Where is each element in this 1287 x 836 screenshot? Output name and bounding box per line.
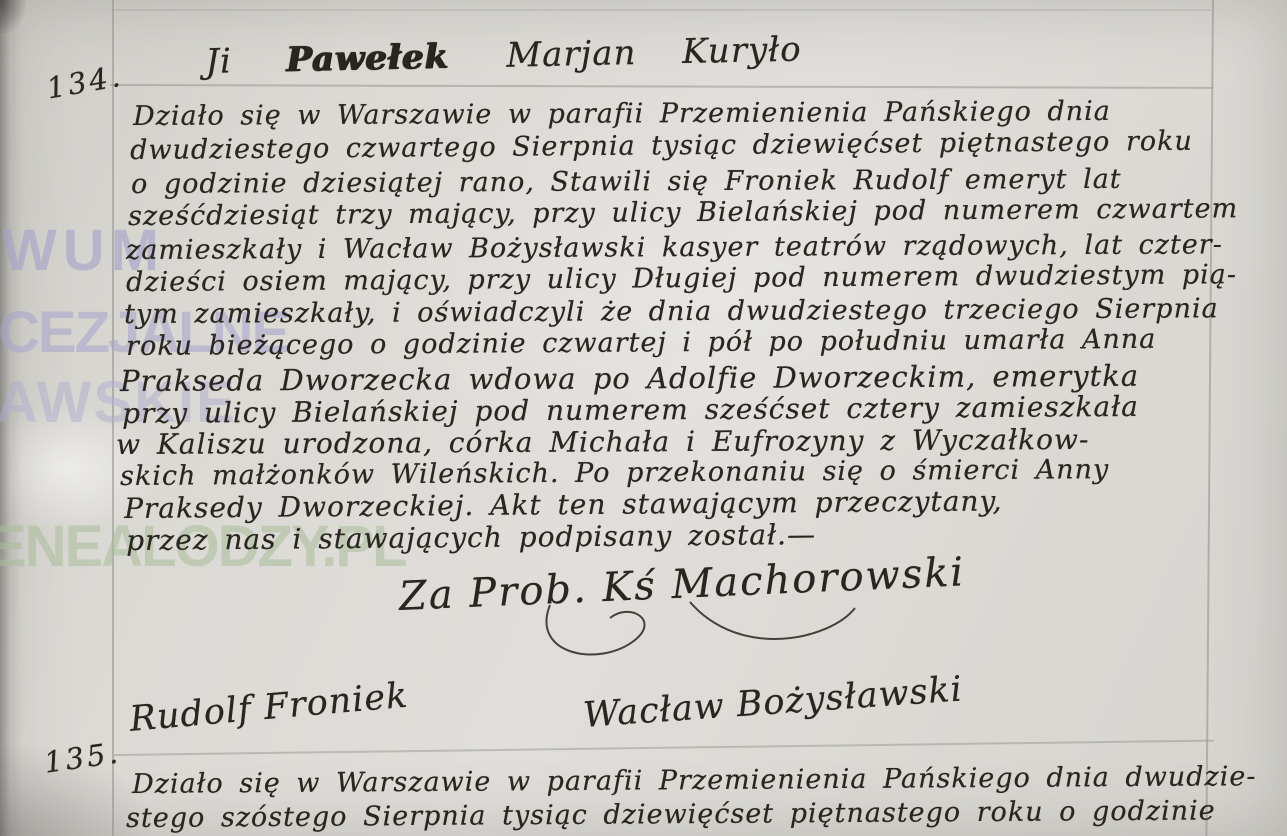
header-middle-name: Marjan <box>506 33 637 76</box>
record-134-line: Praksedy Dworzeckiej. Akt ten stawającym… <box>124 486 1003 524</box>
register-page-scan: WUM CEZJALNE AWSKIE ENEALODZY.PL 134. Ji… <box>0 0 1287 836</box>
record-135-line: Działo się w Warszawie w parafii Przemie… <box>132 762 1257 800</box>
record-135-line: stego szóstego Sierpnia tysiąc dziewięćs… <box>126 796 1216 834</box>
corner-shadow-top-left <box>0 0 26 34</box>
witness-signature-bozyslawski: Wacław Bożysławski <box>582 669 964 735</box>
witness-signature-froniek: Rudolf Froniek <box>128 676 410 740</box>
header-prefix: Ji <box>205 41 232 82</box>
header-given-name: Pawełek <box>285 37 449 80</box>
record-134-line: dzieści osiem mający, przy ulicy Długiej… <box>126 260 1237 298</box>
record-134-line: sześćdziesiąt trzy mający, przy ulicy Bi… <box>128 194 1238 232</box>
header-surname: Kuryło <box>682 30 802 72</box>
page-top-rule <box>113 9 1211 11</box>
record-134-top-rule <box>110 84 1213 89</box>
margin-rule-right <box>1205 0 1214 836</box>
record-134-line: roku bieżącego o godzinie czwartej i pół… <box>126 325 1156 362</box>
signature-flourish <box>540 600 860 670</box>
record-134-line: dwudziestego czwartego Sierpnia tysiąc d… <box>130 127 1193 166</box>
record-135-top-rule <box>114 740 1214 756</box>
record-134-line: przez nas i stawających podpisany został… <box>126 520 816 556</box>
record-134-header: Ji Pawełek Marjan Kuryło <box>205 30 802 82</box>
